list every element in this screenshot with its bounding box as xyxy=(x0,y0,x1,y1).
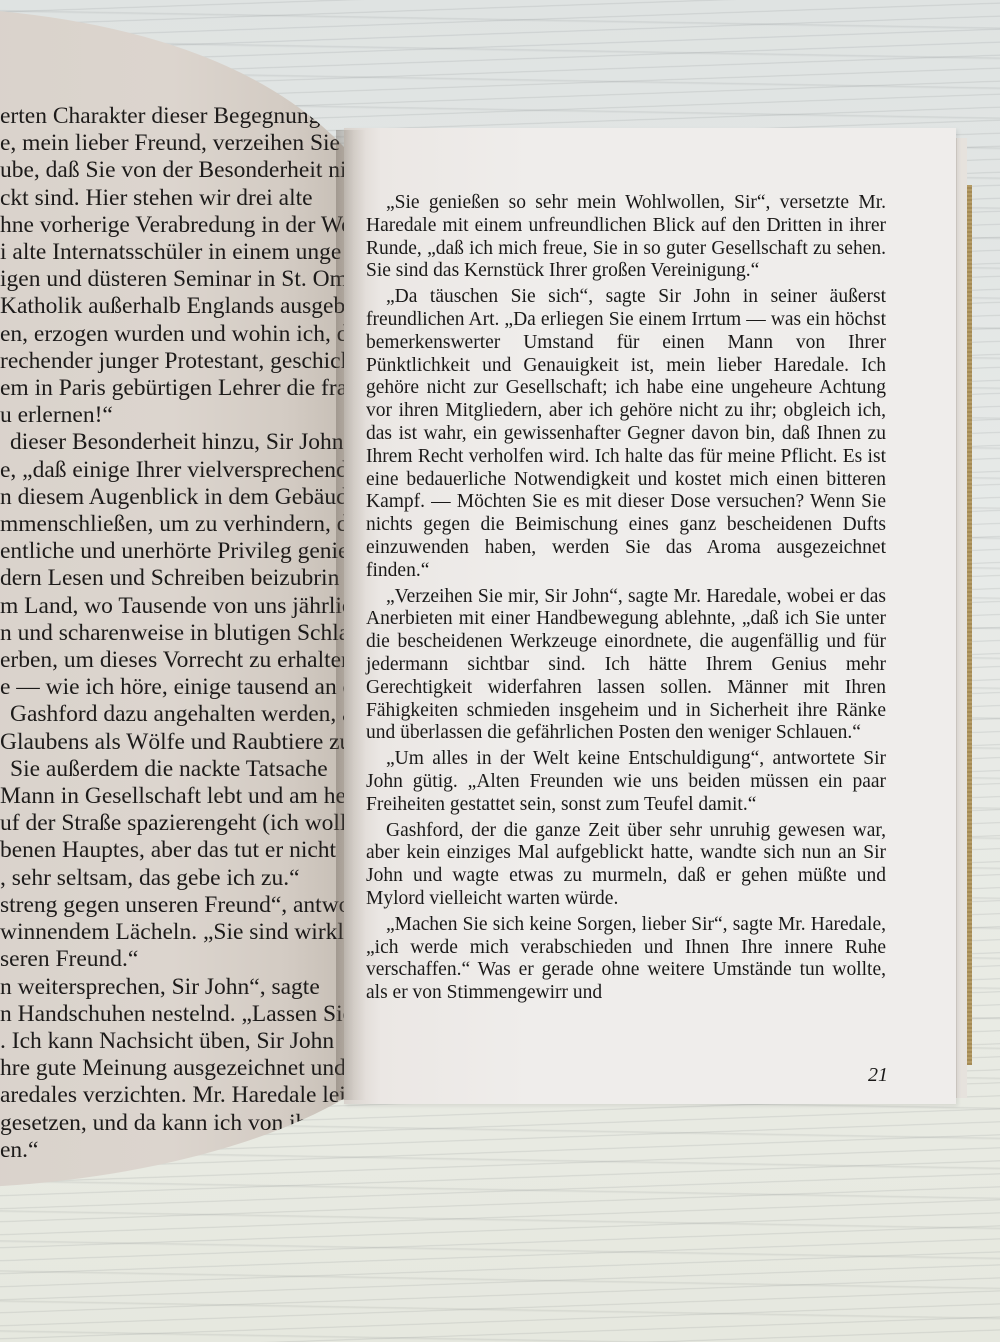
right-page-text: „Sie genießen so sehr mein Wohlwollen, S… xyxy=(366,192,886,1005)
paragraph: „Machen Sie sich keine Sorgen, lieber Si… xyxy=(366,914,886,1005)
text-line: erten Charakter dieser Begegnung be xyxy=(0,103,345,130)
text-line: e, mein lieber Freund, verzeihen Sie xyxy=(0,130,345,157)
paragraph: Gashford, der die ganze Zeit über sehr u… xyxy=(366,820,886,911)
text-line: Gashford dazu angehalten werden, als xyxy=(0,701,345,728)
text-line: e — wie ich höre, einige tausend an de xyxy=(0,674,345,701)
text-line: erben, um dieses Vorrecht zu erhalten xyxy=(0,647,345,674)
text-line: entliche und unerhörte Privileg genie xyxy=(0,538,345,565)
text-line: rechender junger Protestant, geschick xyxy=(0,348,345,375)
text-line: , sehr seltsam, das gebe ich zu.“ xyxy=(0,865,345,892)
text-line: . Ich kann Nachsicht üben, Sir John xyxy=(0,1028,345,1055)
text-line: dieser Besonderheit hinzu, Sir John“ xyxy=(0,429,345,456)
text-line: u erlernen!“ xyxy=(0,402,345,429)
text-line: Sie außerdem die nackte Tatsache xyxy=(0,756,345,783)
book-spine-gutter xyxy=(336,130,366,1100)
text-line: n und scharenweise in blutigen Schlach xyxy=(0,620,345,647)
paragraph: „Verzeihen Sie mir, Sir John“, sagte Mr.… xyxy=(366,586,886,746)
text-line: n Handschuhen nestelnd. „Lassen Sie xyxy=(0,1001,345,1028)
text-line: seren Freund.“ xyxy=(0,946,345,973)
text-line: winnendem Lächeln. „Sie sind wirklich xyxy=(0,919,345,946)
text-line: hne vorherige Verabredung in der Wes xyxy=(0,212,345,239)
left-book-page: erten Charakter dieser Begegnung be e, m… xyxy=(0,8,345,1188)
paragraph: „Sie genießen so sehr mein Wohlwollen, S… xyxy=(366,192,886,283)
text-line: Mann in Gesellschaft lebt und am hel xyxy=(0,783,345,810)
left-page-text: erten Charakter dieser Begegnung be e, m… xyxy=(0,103,345,1164)
paragraph: „Um alles in der Welt keine Entschuldigu… xyxy=(366,748,886,816)
page-number: 21 xyxy=(848,1064,888,1087)
text-line: Glaubens als Wölfe und Raubtiere zu xyxy=(0,729,345,756)
text-line: i alte Internatsschüler in einem unge xyxy=(0,239,345,266)
text-line: Katholik außerhalb Englands ausgebil xyxy=(0,293,345,320)
text-line: aredales verzichten. Mr. Haredale lei xyxy=(0,1082,345,1109)
text-line: benen Hauptes, aber das tut er nicht xyxy=(0,837,345,864)
text-line: igen und düsteren Seminar in St. Omer xyxy=(0,266,345,293)
text-line: m Land, wo Tausende von uns jährlich xyxy=(0,593,345,620)
text-line: n weitersprechen, Sir John“, sagte xyxy=(0,974,345,1001)
text-line: dern Lesen und Schreiben beizubrin xyxy=(0,565,345,592)
text-line: mmenschließen, um zu verhindern, daß xyxy=(0,511,345,538)
text-line: e, „daß einige Ihrer vielversprechende xyxy=(0,457,345,484)
text-line: hre gute Meinung ausgezeichnet und xyxy=(0,1055,345,1082)
text-line: em in Paris gebürtigen Lehrer die fran xyxy=(0,375,345,402)
text-line: ube, daß Sie von der Besonderheit nich xyxy=(0,157,345,184)
text-line: streng gegen unseren Freund“, antwor xyxy=(0,892,345,919)
page-block-edge xyxy=(956,138,967,1098)
text-line: en, erzogen wurden und wohin ich, da xyxy=(0,321,345,348)
text-line: n diesem Augenblick in dem Gebäude xyxy=(0,484,345,511)
text-line: uf der Straße spazierengeht (ich wollt xyxy=(0,810,345,837)
paragraph: „Da täuschen Sie sich“, sagte Sir John i… xyxy=(366,286,886,582)
text-line: ckt sind. Hier stehen wir drei alte xyxy=(0,185,345,212)
